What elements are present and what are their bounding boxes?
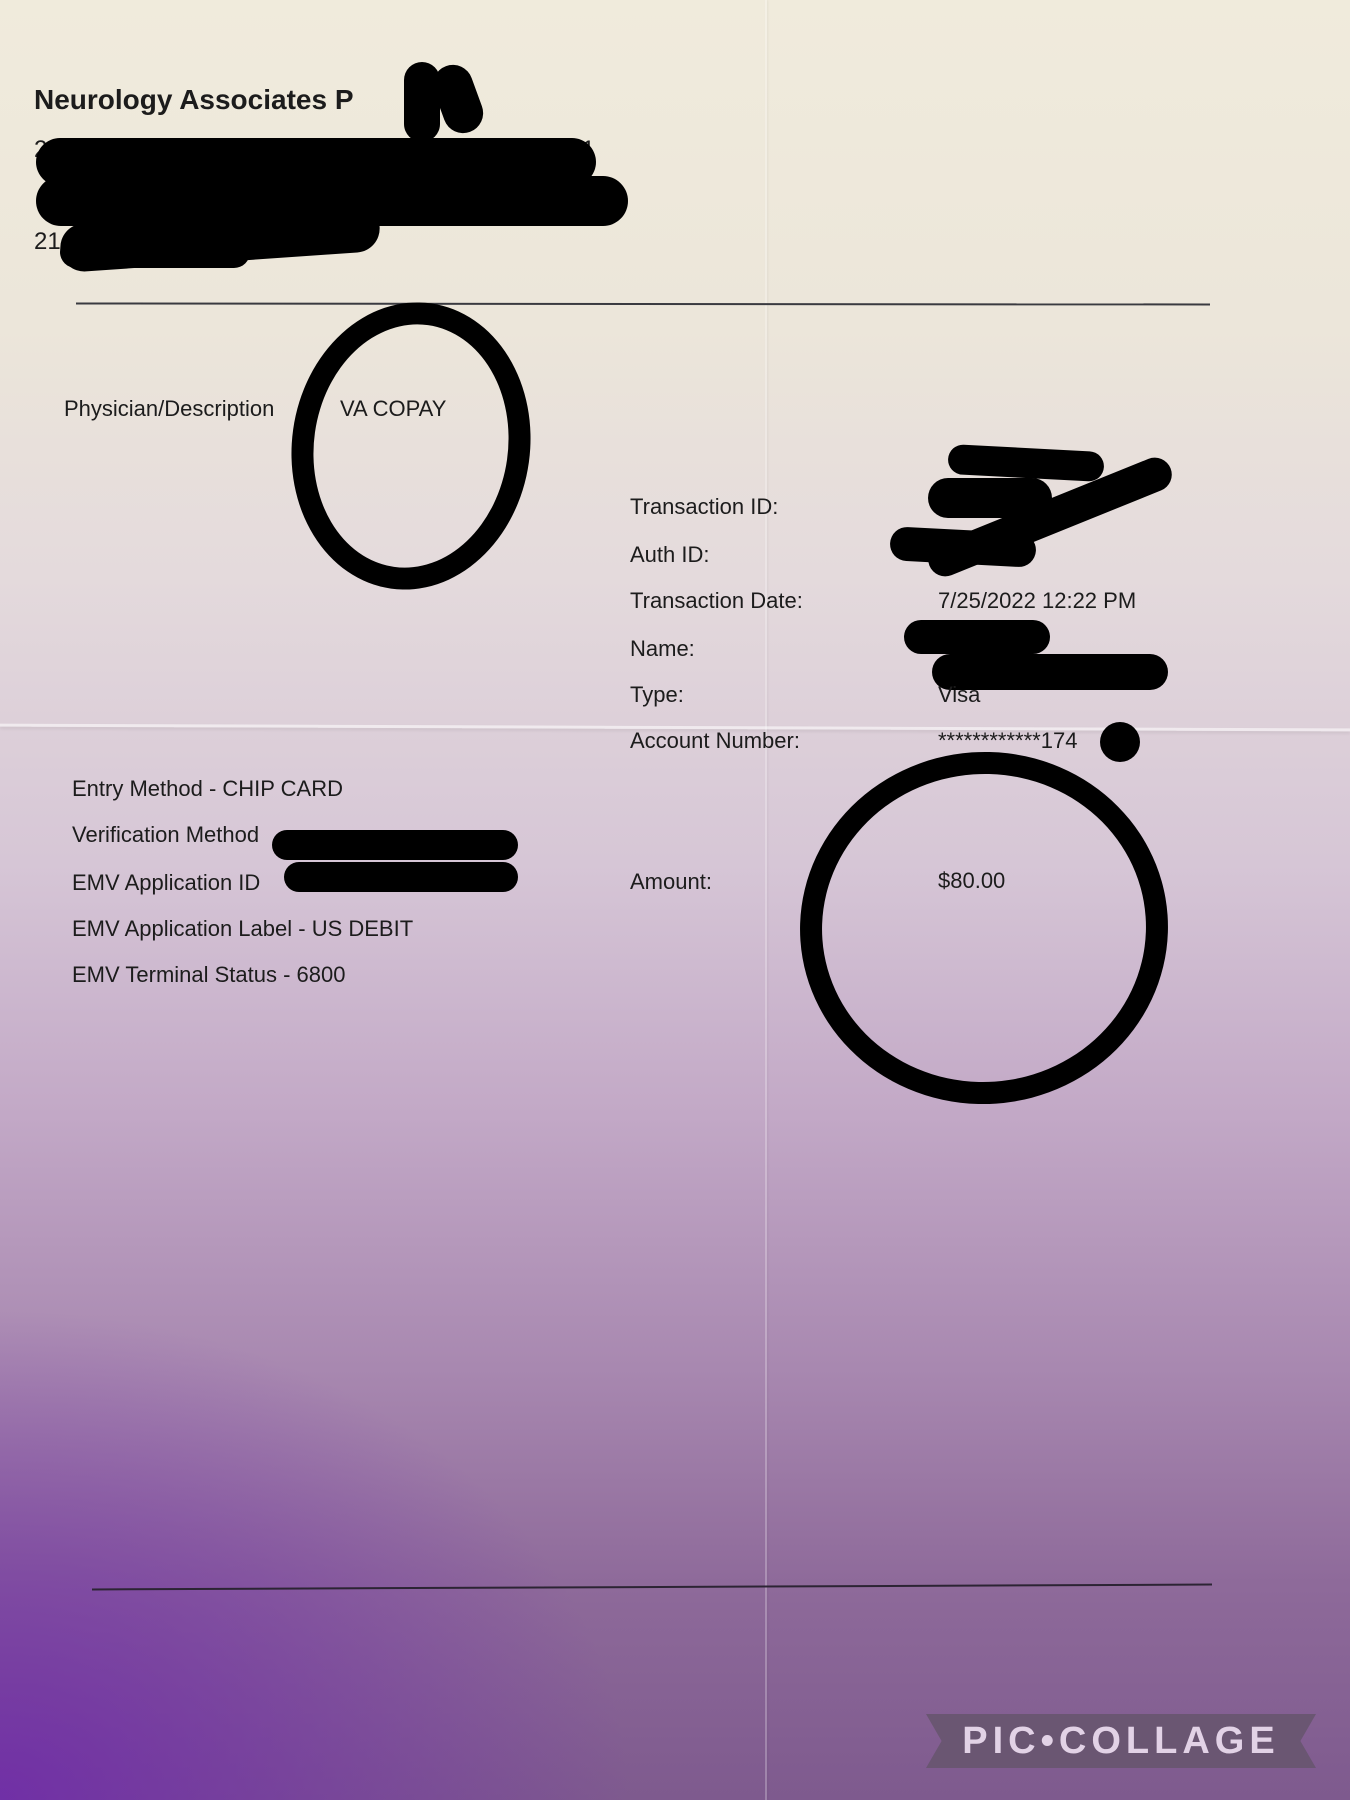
organization-name: Neurology Associates P bbox=[34, 84, 354, 116]
emv-terminal-status: EMV Terminal Status - 6800 bbox=[72, 962, 346, 988]
name-label: Name: bbox=[630, 636, 695, 662]
verification-method: Verification Method bbox=[72, 822, 259, 848]
redaction-mark bbox=[284, 862, 518, 892]
divider-top bbox=[76, 303, 1210, 306]
emv-application-label: EMV Application Label - US DEBIT bbox=[72, 916, 413, 942]
address-line-3: 21 bbox=[34, 228, 61, 256]
transaction-date-label: Transaction Date: bbox=[630, 588, 803, 614]
pic-collage-watermark: PIC•COLLAGE bbox=[926, 1714, 1316, 1768]
transaction-date-value: 7/25/2022 12:22 PM bbox=[938, 588, 1136, 614]
account-number-value: ************174 bbox=[938, 728, 1077, 754]
circle-annotation bbox=[788, 740, 1180, 1117]
amount-label: Amount: bbox=[630, 869, 712, 895]
redaction-mark bbox=[904, 620, 1050, 654]
redaction-mark bbox=[1100, 722, 1140, 762]
auth-id-label: Auth ID: bbox=[630, 542, 709, 568]
redaction-mark bbox=[272, 830, 518, 860]
emv-application-id: EMV Application ID bbox=[72, 870, 260, 896]
divider-bottom bbox=[92, 1584, 1212, 1591]
type-value: Visa bbox=[938, 682, 980, 708]
redaction-mark bbox=[889, 526, 1037, 568]
circle-annotation bbox=[273, 287, 549, 605]
account-number-label: Account Number: bbox=[630, 728, 800, 754]
transaction-id-label: Transaction ID: bbox=[630, 494, 778, 520]
description-label: Physician/Description bbox=[64, 396, 274, 422]
redaction-mark bbox=[60, 236, 250, 268]
paper-fold-vertical bbox=[765, 0, 767, 1800]
redaction-mark bbox=[947, 444, 1104, 482]
entry-method: Entry Method - CHIP CARD bbox=[72, 776, 343, 802]
type-label: Type: bbox=[630, 682, 684, 708]
